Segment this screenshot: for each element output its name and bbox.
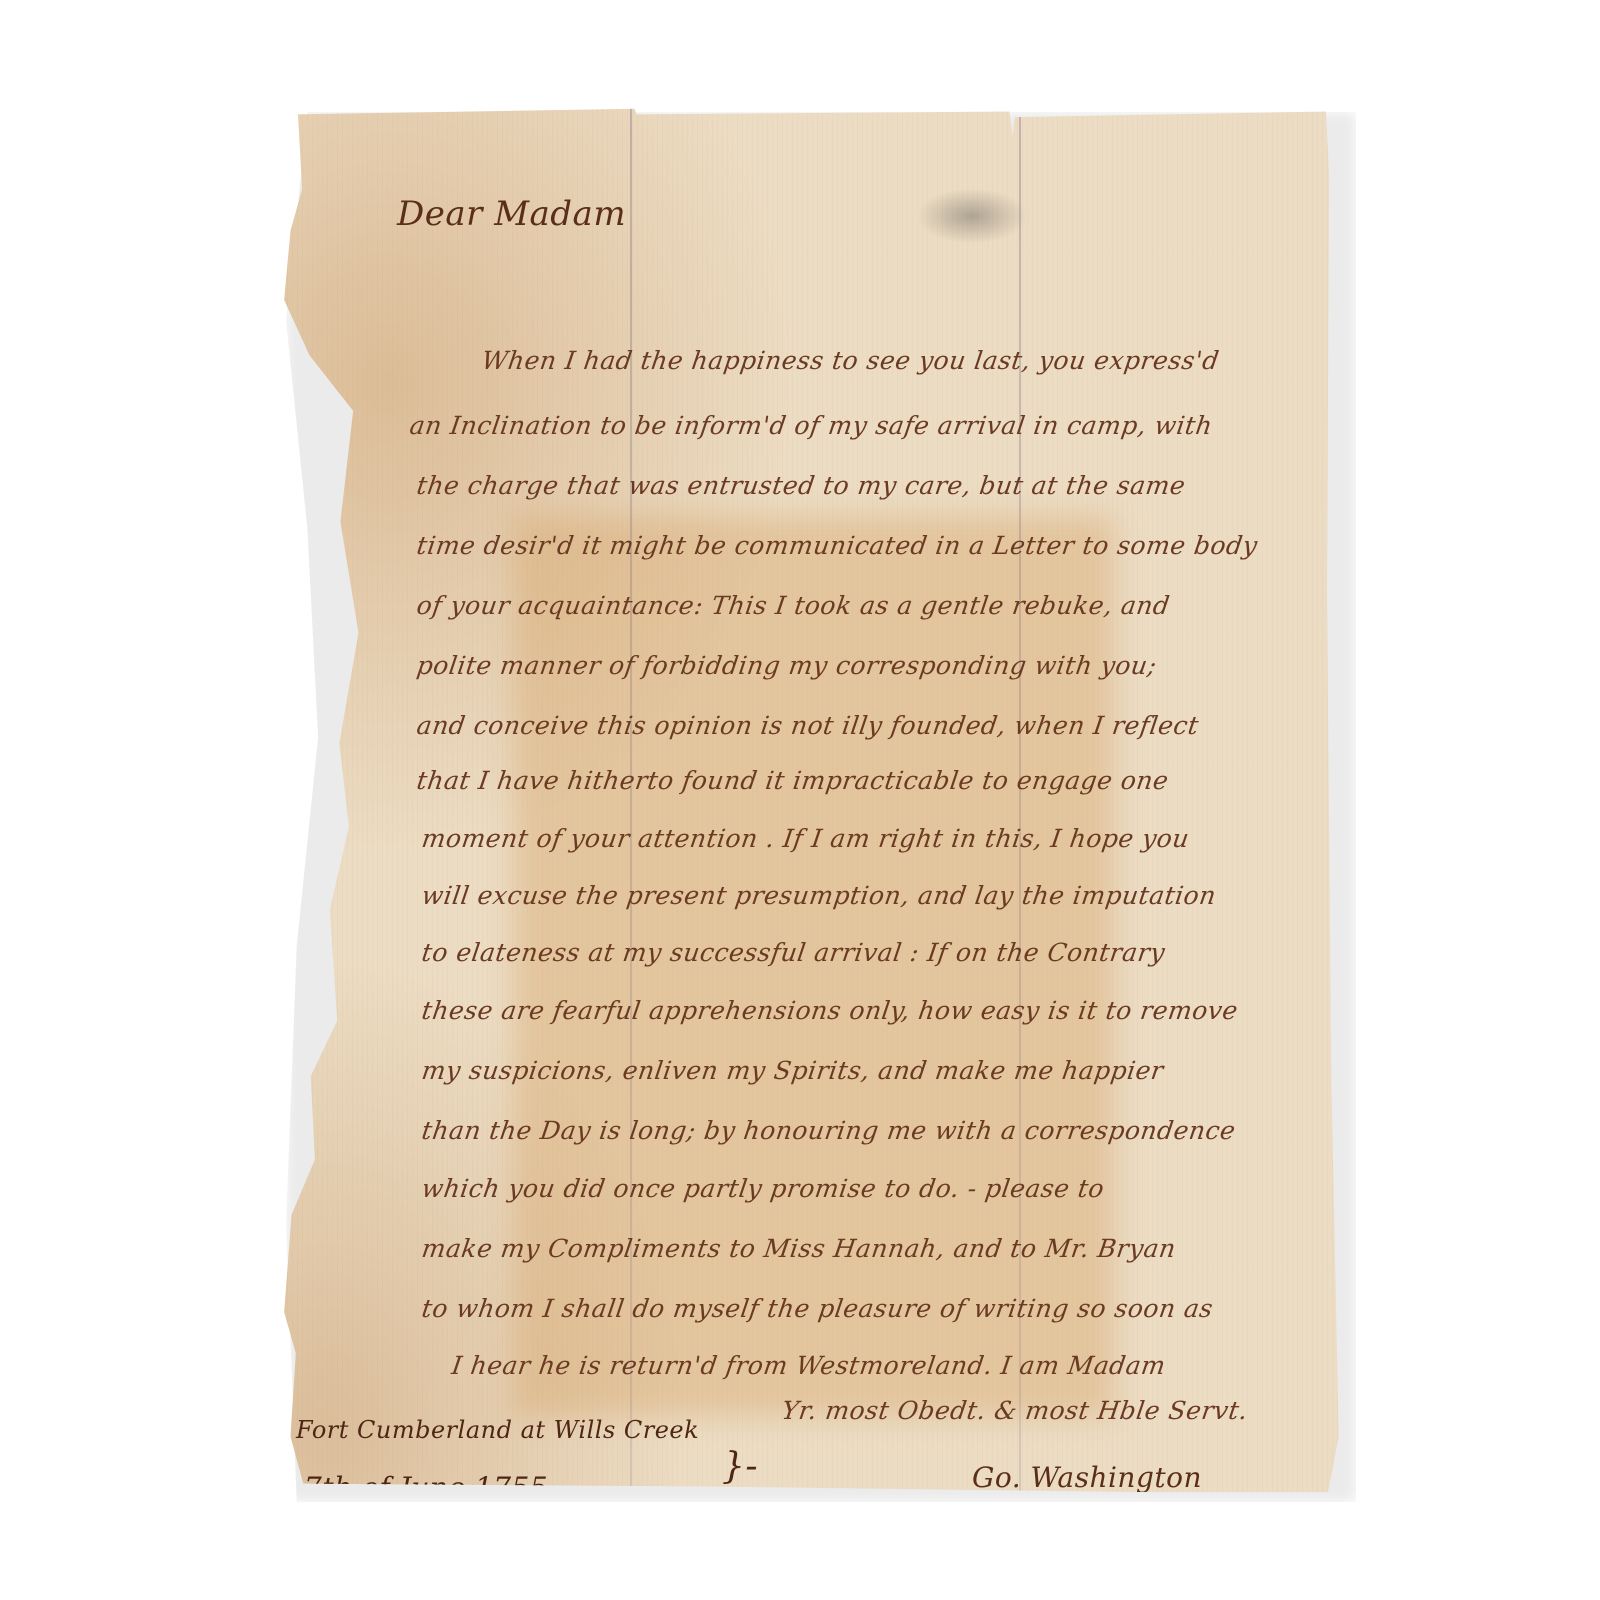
body-line: an Inclination to be inform'd of my safe… — [408, 411, 1214, 440]
body-line: polite manner of forbidding my correspon… — [415, 651, 1159, 680]
body-line: of your acquaintance: This I took as a g… — [415, 591, 1172, 620]
letter-paper: Dear Madam When I had the happiness to s… — [282, 106, 1344, 1492]
body-line: these are fearful apprehensions only, ho… — [420, 996, 1240, 1025]
fold-crease-right — [1019, 106, 1021, 1492]
body-line: that I have hitherto found it impractica… — [415, 766, 1171, 795]
body-line: will excuse the present presumption, and… — [420, 881, 1218, 910]
body-line: make my Compliments to Miss Hannah, and … — [420, 1234, 1178, 1263]
ink-smudge — [912, 186, 1032, 246]
body-line: and conceive this opinion is not illy fo… — [415, 711, 1201, 740]
body-line: I hear he is return'd from Westmoreland.… — [450, 1351, 1168, 1380]
brace: }- — [722, 1446, 758, 1487]
photo-background: Dear Madam When I had the happiness to s… — [0, 0, 1600, 1600]
body-line: time desir'd it might be communicated in… — [415, 531, 1259, 560]
body-line: which you did once partly promise to do.… — [420, 1174, 1106, 1203]
body-line: the charge that was entrusted to my care… — [415, 471, 1187, 500]
body-line: than the Day is long; by honouring me wi… — [420, 1116, 1238, 1145]
body-line: moment of your attention . If I am right… — [420, 824, 1191, 853]
signature: Go. Washington — [972, 1461, 1202, 1494]
fold-crease-left — [630, 106, 632, 1492]
closing: Yr. most Obedt. & most Hble Servt. — [780, 1396, 1250, 1425]
salutation: Dear Madam — [397, 194, 626, 234]
place-line: Fort Cumberland at Wills Creek — [296, 1416, 699, 1444]
body-line: to whom I shall do myself the pleasure o… — [420, 1294, 1215, 1323]
body-line: to elateness at my successful arrival : … — [420, 938, 1167, 967]
body-line: When I had the happiness to see you last… — [480, 346, 1221, 375]
body-line: my suspicions, enliven my Spirits, and m… — [420, 1056, 1166, 1085]
